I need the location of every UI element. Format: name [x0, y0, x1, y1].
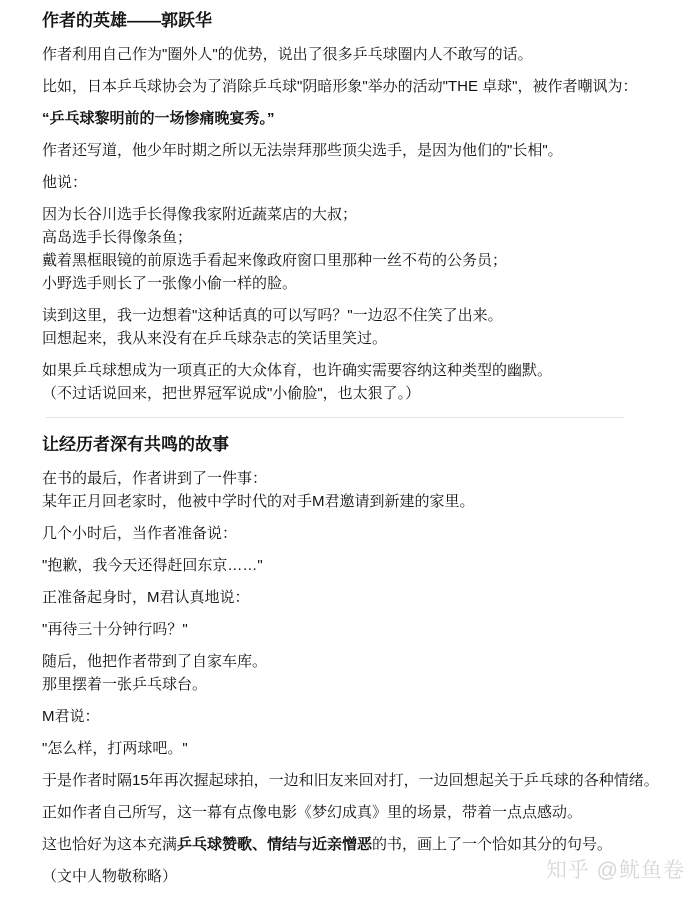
paragraph: 因为长谷川选手长得像我家附近蔬菜店的大叔；高岛选手长得像条鱼；戴着黑框眼镜的前原…: [42, 203, 664, 295]
section-heading: 让经历者深有共鸣的故事: [42, 432, 664, 458]
zhihu-watermark: 知乎 @鱿鱼卷: [546, 854, 685, 884]
paragraph: 随后，他把作者带到了自家车库。那里摆着一张乒乓球台。: [42, 650, 664, 696]
paragraph: 正准备起身时，M君认真地说：: [42, 586, 664, 609]
article-section-2: 让经历者深有共鸣的故事在书的最后，作者讲到了一件事：某年正月回老家时，他被中学时…: [42, 432, 664, 888]
paragraph: 正如作者自己所写，这一幕有点像电影《梦幻成真》里的场景，带着一点点感动。: [42, 801, 664, 824]
paragraph: 比如，日本乒乓球协会为了消除乒乓球"阴暗形象"举办的活动"THE 卓球"，被作者…: [42, 75, 664, 98]
paragraph: 作者利用自己作为"圈外人"的优势，说出了很多乒乓球圈内人不敢写的话。: [42, 43, 664, 66]
article: 作者的英雄——郭跃华作者利用自己作为"圈外人"的优势，说出了很多乒乓球圈内人不敢…: [0, 0, 694, 888]
paragraph: 这也恰好为这本充满乒乓球赞歌、情结与近亲憎恶的书，画上了一个恰如其分的句号。: [42, 833, 664, 856]
paragraph: 几个小时后，当作者准备说：: [42, 522, 664, 545]
paragraph: 读到这里，我一边想着"这种话真的可以写吗？"一边忍不住笑了出来。回想起来，我从来…: [42, 304, 664, 350]
paragraph: "抱歉，我今天还得赶回东京……": [42, 554, 664, 577]
paragraph: "怎么样，打两球吧。": [42, 737, 664, 760]
section-divider: [46, 417, 624, 418]
paragraph: 作者还写道，他少年时期之所以无法崇拜那些顶尖选手，是因为他们的"长相"。: [42, 139, 664, 162]
paragraph: 如果乒乓球想成为一项真正的大众体育，也许确实需要容纳这种类型的幽默。（不过话说回…: [42, 359, 664, 405]
paragraph: "再待三十分钟行吗？": [42, 618, 664, 641]
article-section-1: 作者的英雄——郭跃华作者利用自己作为"圈外人"的优势，说出了很多乒乓球圈内人不敢…: [42, 8, 664, 405]
paragraph: M君说：: [42, 705, 664, 728]
paragraph: 在书的最后，作者讲到了一件事：某年正月回老家时，他被中学时代的对手M君邀请到新建…: [42, 467, 664, 513]
bold-text: “乒乓球黎明前的一场惨痛晚宴秀。”: [42, 110, 275, 127]
paragraph: 他说：: [42, 171, 664, 194]
bold-text: 乒乓球赞歌、情结与近亲憎恶: [177, 836, 372, 853]
section-heading: 作者的英雄——郭跃华: [42, 8, 664, 34]
paragraph: 于是作者时隔15年再次握起球拍，一边和旧友来回对打，一边回想起关于乒乓球的各种情…: [42, 769, 664, 792]
paragraph: “乒乓球黎明前的一场惨痛晚宴秀。”: [42, 107, 664, 130]
